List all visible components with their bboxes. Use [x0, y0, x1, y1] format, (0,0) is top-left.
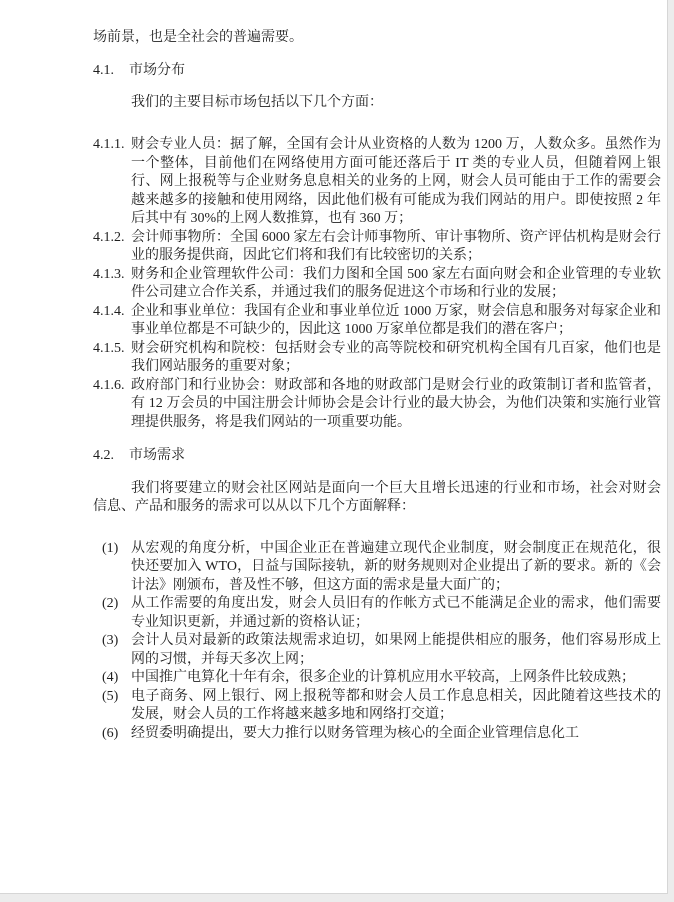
list-item: 4.1.1. 财会专业人员：据了解，全国有会计从业资格的人数为 1200 万，人…: [93, 136, 661, 229]
list-item: (1) 从宏观的角度分析，中国企业正在普遍建立现代企业制度，财会制度正在规范化，…: [93, 540, 661, 596]
item-text: 从宏观的角度分析，中国企业正在普遍建立现代企业制度，财会制度正在规范化，很快还要…: [131, 541, 661, 593]
item-text: 财会研究机构和院校：包括财会专业的高等院校和研究机构全国有几百家，他们也是我们网…: [131, 341, 661, 375]
list-item: 4.1.5. 财会研究机构和院校：包括财会专业的高等院校和研究机构全国有几百家，…: [93, 340, 661, 377]
list-item: (4) 中国推广电算化十年有余，很多企业的计算机应用水平较高，上网条件比较成熟；: [93, 669, 661, 688]
item-text: 企业和事业单位：我国有企业和事业单位近 1000 万家，财会信息和服务对每家企业…: [131, 304, 661, 338]
item-number: 4.1.3.: [93, 266, 125, 285]
section-4-2-number: 4.2.: [93, 447, 114, 466]
list-item: 4.1.2. 会计师事物所：全国 6000 家左右会计师事物所、审计事物所、资产…: [93, 229, 661, 266]
item-number: (3): [102, 632, 118, 651]
section-4-2-title: 市场需求: [129, 448, 185, 463]
document-viewport: 场前景，也是全社会的普遍需要。 4.1.市场分布 我们的主要目标市场包括以下几个…: [0, 0, 674, 902]
market-demand-list: (1) 从宏观的角度分析，中国企业正在普遍建立现代企业制度，财会制度正在规范化，…: [93, 540, 661, 744]
section-4-1-number: 4.1.: [93, 62, 114, 81]
item-number: (6): [102, 725, 118, 744]
item-number: (2): [102, 595, 118, 614]
item-text: 政府部门和行业协会：财政部和各地的财政部门是财会行业的政策制订者和监管者，有 1…: [131, 378, 661, 430]
item-number: 4.1.2.: [93, 229, 125, 248]
item-number: 4.1.4.: [93, 303, 125, 322]
document-page: 场前景，也是全社会的普遍需要。 4.1.市场分布 我们的主要目标市场包括以下几个…: [0, 0, 668, 894]
intro-paragraph: 场前景，也是全社会的普遍需要。: [93, 29, 661, 48]
item-number: (1): [102, 540, 118, 559]
section-4-1-heading: 4.1.市场分布: [93, 62, 661, 81]
item-text: 财会专业人员：据了解，全国有会计从业资格的人数为 1200 万，人数众多。虽然作…: [131, 137, 661, 226]
list-item: (3) 会计人员对最新的政策法规需求迫切，如果网上能提供相应的服务，他们容易形成…: [93, 632, 661, 669]
item-number: 4.1.5.: [93, 340, 125, 359]
item-text: 会计人员对最新的政策法规需求迫切，如果网上能提供相应的服务，他们容易形成上网的习…: [131, 633, 661, 667]
item-number: 4.1.1.: [93, 136, 125, 155]
item-text: 会计师事物所：全国 6000 家左右会计师事物所、审计事物所、资产评估机构是财会…: [131, 230, 661, 264]
item-number: 4.1.6.: [93, 377, 125, 396]
list-item: (2) 从工作需要的角度出发，财会人员旧有的作帐方式已不能满足企业的需求，他们需…: [93, 595, 661, 632]
list-item: 4.1.6. 政府部门和行业协会：财政部和各地的财政部门是财会行业的政策制订者和…: [93, 377, 661, 433]
section-4-1-lead: 我们的主要目标市场包括以下几个方面：: [93, 94, 661, 113]
item-text: 经贸委明确提出，要大力推行以财务管理为核心的全面企业管理信息化工: [131, 726, 579, 741]
list-item: 4.1.3. 财务和企业管理软件公司：我们力图和全国 500 家左右面向财会和企…: [93, 266, 661, 303]
item-text: 电子商务、网上银行、网上报税等都和财会人员工作息息相关，因此随着这些技术的发展，…: [131, 689, 661, 723]
item-text: 财务和企业管理软件公司：我们力图和全国 500 家左右面向财会和企业管理的专业软…: [131, 267, 661, 301]
section-4-1-title: 市场分布: [129, 63, 185, 78]
section-4-2-heading: 4.2.市场需求: [93, 447, 661, 466]
list-item: (6) 经贸委明确提出，要大力推行以财务管理为核心的全面企业管理信息化工: [93, 725, 661, 744]
section-4-2-lead: 我们将要建立的财会社区网站是面向一个巨大且增长迅速的行业和市场，社会对财会信息、…: [93, 480, 661, 517]
list-item: 4.1.4. 企业和事业单位：我国有企业和事业单位近 1000 万家，财会信息和…: [93, 303, 661, 340]
item-number: (5): [102, 688, 118, 707]
market-segment-list: 4.1.1. 财会专业人员：据了解，全国有会计从业资格的人数为 1200 万，人…: [93, 136, 661, 432]
list-item: (5) 电子商务、网上银行、网上报税等都和财会人员工作息息相关，因此随着这些技术…: [93, 688, 661, 725]
item-text: 从工作需要的角度出发，财会人员旧有的作帐方式已不能满足企业的需求，他们需要专业知…: [131, 596, 661, 630]
item-number: (4): [102, 669, 118, 688]
item-text: 中国推广电算化十年有余，很多企业的计算机应用水平较高，上网条件比较成熟；: [131, 670, 635, 685]
page-content: 场前景，也是全社会的普遍需要。 4.1.市场分布 我们的主要目标市场包括以下几个…: [93, 29, 661, 743]
